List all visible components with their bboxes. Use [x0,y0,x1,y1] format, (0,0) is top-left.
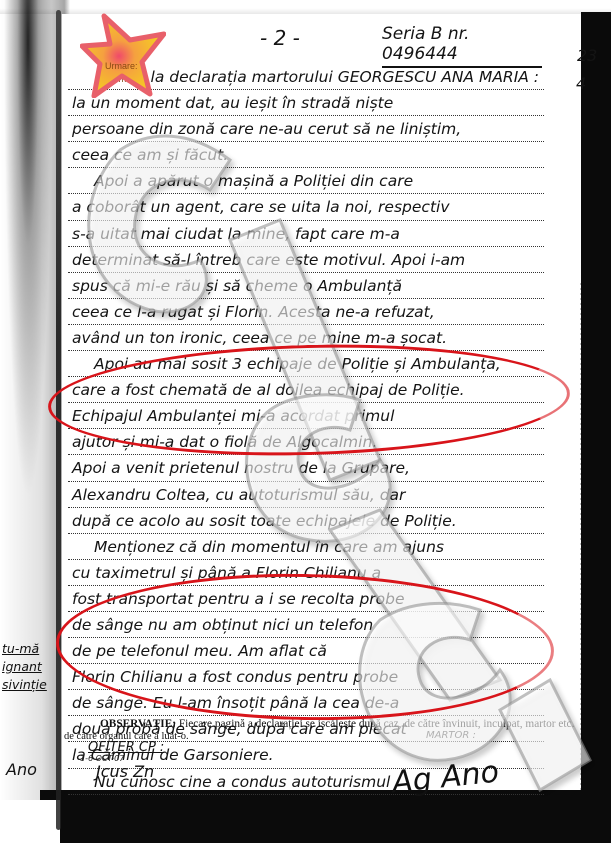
text-line: Apoi au mai sosit 3 echipaje de Poliție … [68,351,544,377]
page-fold-line [56,10,61,830]
text-line: a coborât un agent, care se uita la noi,… [68,194,544,220]
page-number: - 2 - [260,26,300,50]
prev-fragment-1: tu-mă [2,640,47,658]
text-line: având un ton ironic, ceea ce pe mine m-a… [68,325,544,351]
scan-bottom-left [0,800,60,843]
text-line: spus că mi-e rău și să cheme o Ambulanță [68,273,544,299]
text-line: cu taximetrul și până a Florin Chilianu … [68,560,544,586]
side-mark-number: 4 [576,74,586,93]
text-line: de sânge. Eu l-am însoțit până la cea de… [68,690,544,716]
text-line: persoane din zonă care ne-au cerut să ne… [68,116,544,142]
text-line: ajutor și mi-a dat o fiolă de Algocalmin… [68,429,544,455]
officer-signature: Jcus Zn [96,762,154,781]
text-line: determinat să-l întreb care este motivul… [68,247,544,273]
text-line: ceea ce l-a rugat și Florin. Acesta ne-a… [68,299,544,325]
witness-label: MARTOR : [426,730,476,741]
series-number: Seria B nr. 0496444 [382,24,542,68]
prev-fragment-3: sivinție [2,676,47,694]
prev-fragment-2: ignant [2,658,47,676]
text-line: s-a uitat mai ciudat la mine, fapt care … [68,221,544,247]
text-line: Menționez că din momentul în care am aju… [68,534,544,560]
star-badge: Urmare: [80,12,166,98]
text-line: de pe telefonul meu. Am aflat că [68,638,544,664]
scan-bottom-edge [40,790,611,843]
text-line: fost transportat pentru a i se recolta p… [68,586,544,612]
text-line: după ce acolo au sosit toate echipajele … [68,508,544,534]
text-line: Florin Chilianu a fost condus pentru pro… [68,664,544,690]
text-line: Apoi a apărut o mașină a Poliției din ca… [68,168,544,194]
text-line: de sânge nu am obținut nici un telefon [68,612,544,638]
previous-page-signature: Ano [6,760,37,779]
scan-right-edge [581,12,611,802]
text-line: Echipajul Ambulanței mi-a acordat primul [68,403,544,429]
observation-label: OBSERVAȚIE: [100,718,176,730]
star-badge-label: Urmare: [105,61,138,71]
declaration-page: - 2 - Seria B nr. 0496444 23 4 Urmare:la… [62,14,580,790]
side-page-number: 23 [577,46,597,65]
star-icon [80,12,166,98]
text-line: care a fost chemată de al doilea echipaj… [68,377,544,403]
observation-note: OBSERVAȚIE: Fiecare pagină a declarației… [100,718,574,730]
scanned-document: tu-mă ignant sivinție Ano - 2 - Seria B … [0,0,611,843]
text-line: Alexandru Coltea, cu autoturismul său, d… [68,482,544,508]
observation-text: Fiecare pagină a declarației se iscăleșt… [179,718,575,730]
line-text: la declarația martorului GEORGESCU ANA M… [151,68,540,86]
text-line: ceea ce am și făcut. [68,142,544,168]
previous-page-fragment: tu-mă ignant sivinție [2,640,47,694]
handwritten-lines: Urmare:la declarația martorului GEORGESC… [68,64,544,795]
text-line: Apoi a venit prietenul nostru de la Grup… [68,455,544,481]
officer-label: OFIȚER CP : [88,740,164,755]
